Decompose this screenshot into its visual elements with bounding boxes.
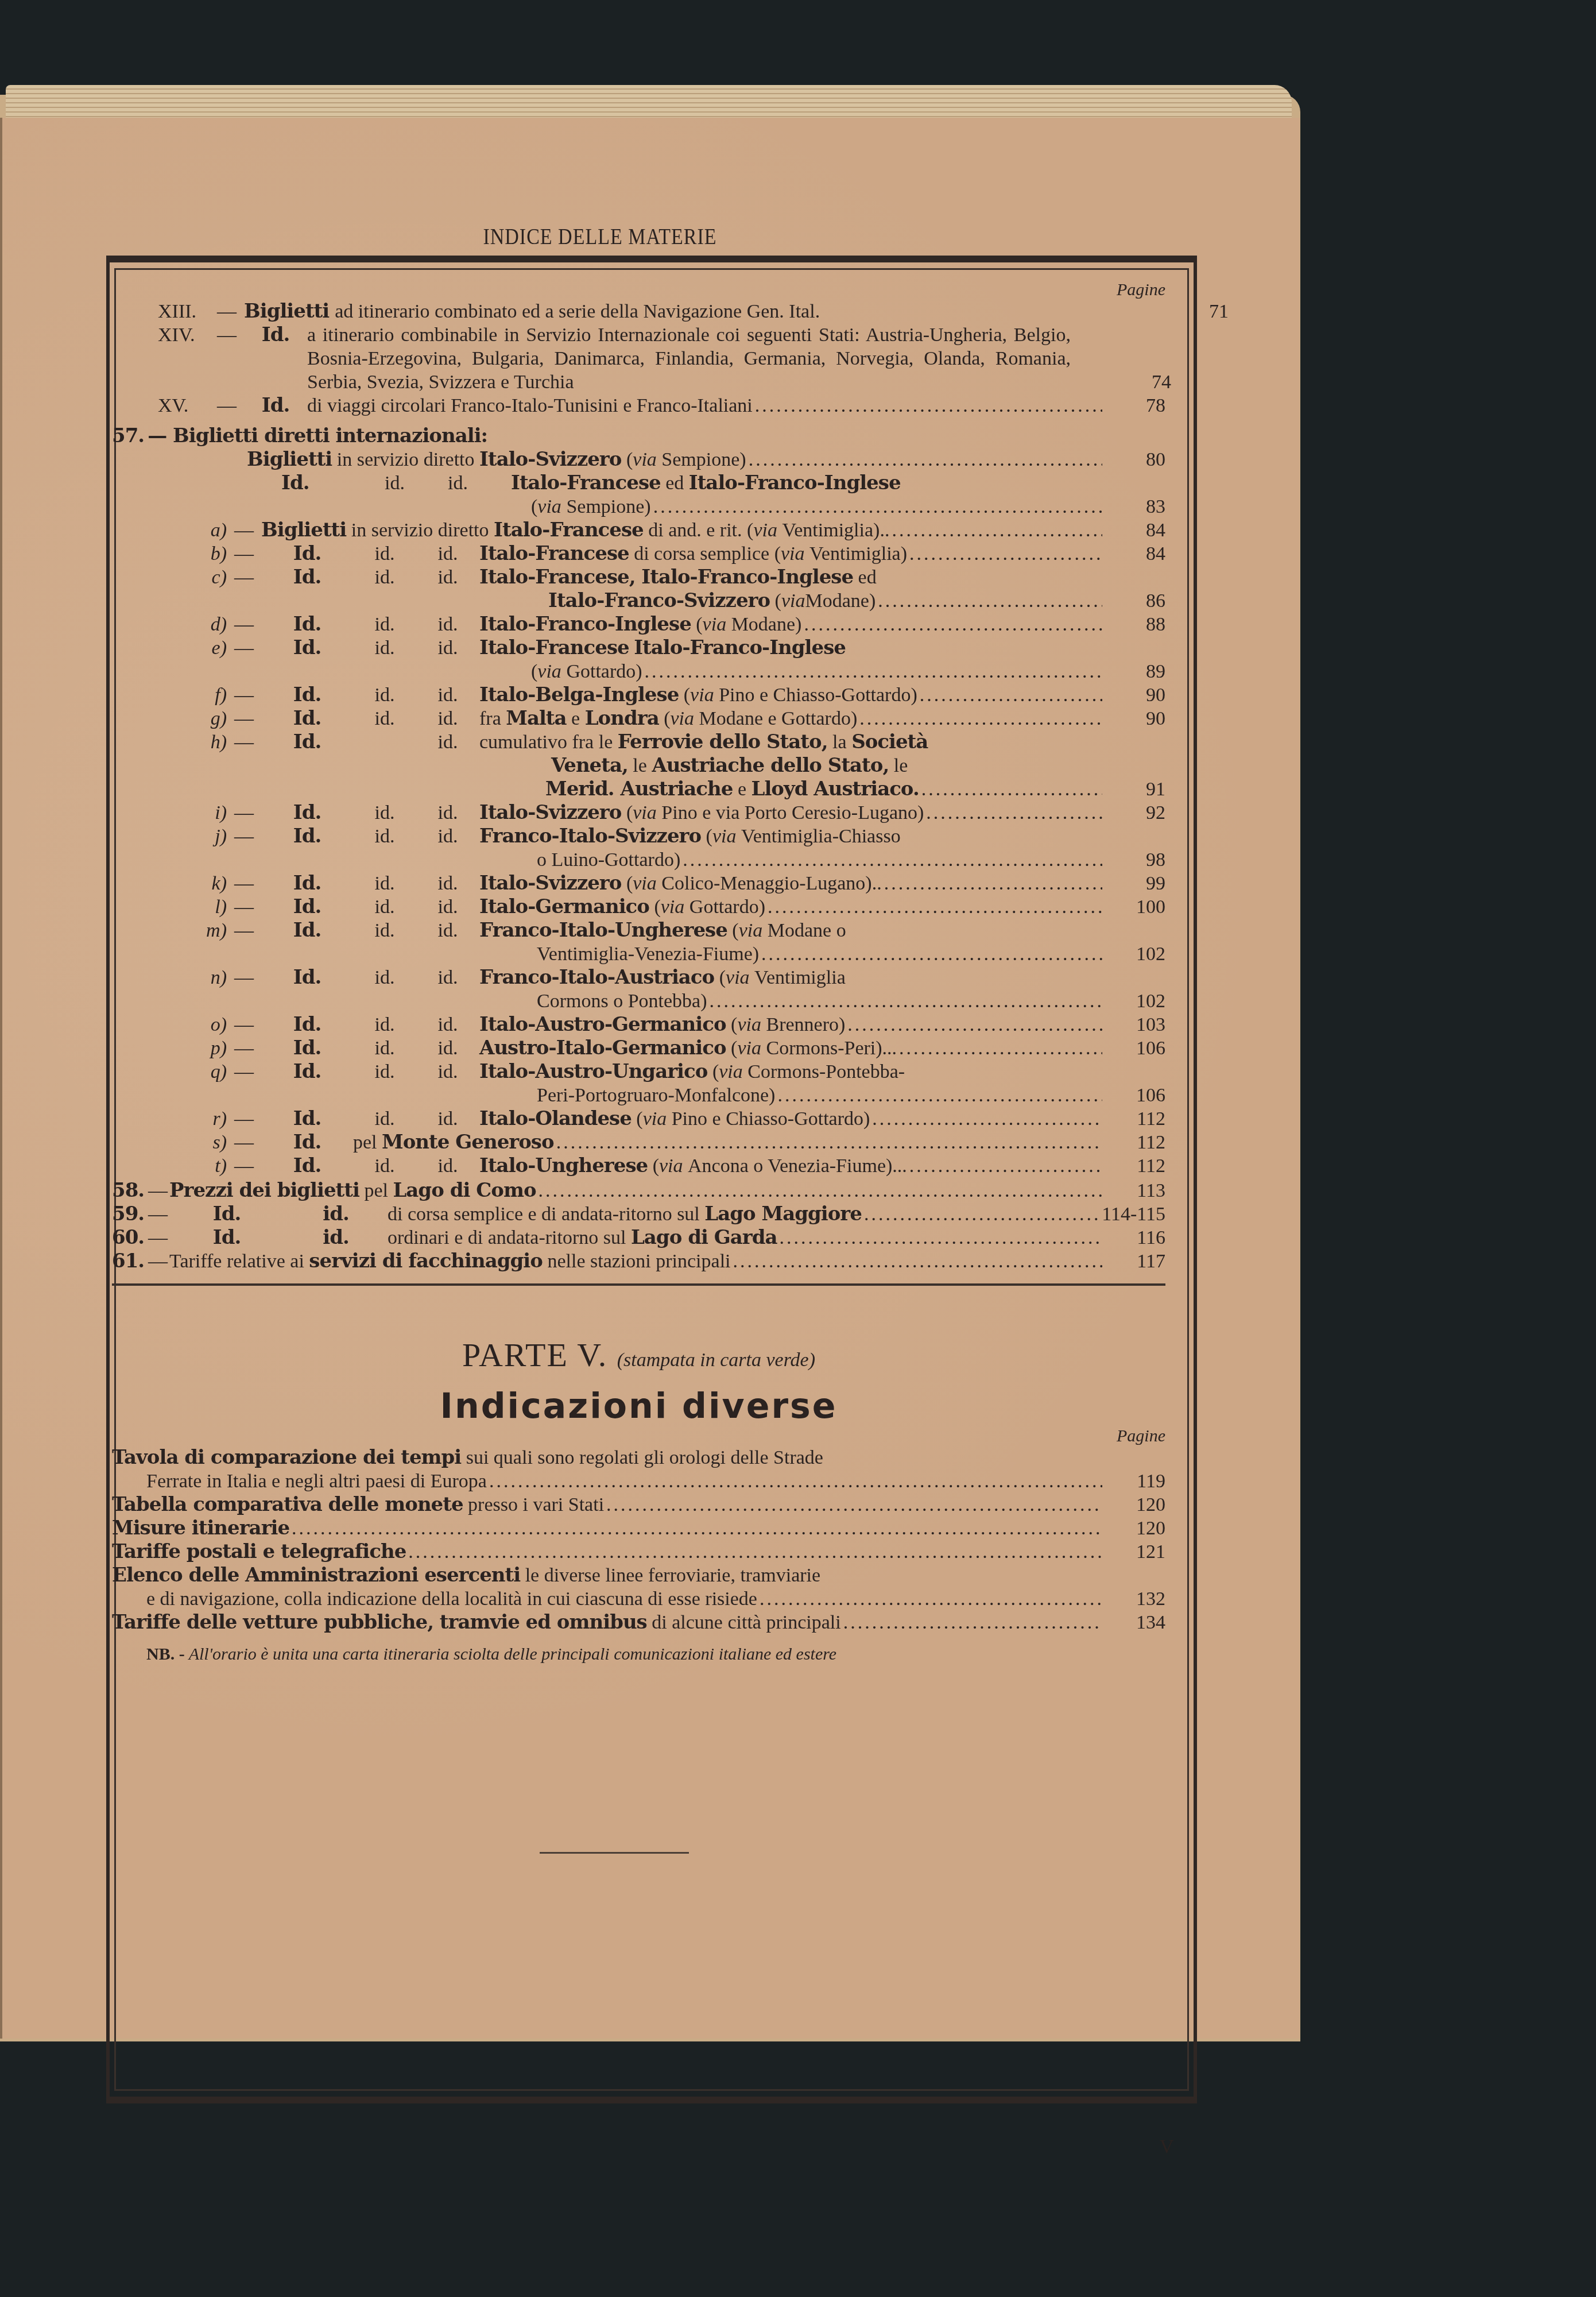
entry-page: 98	[1102, 848, 1165, 872]
entry-page: 113	[1102, 1179, 1165, 1202]
entry-id: id.	[448, 471, 511, 495]
entry-page: 90	[1102, 707, 1165, 730]
entry-letter: g)	[204, 707, 227, 730]
entry-text: di corsa semplice e di andata-ritorno su…	[388, 1202, 700, 1226]
entry-title: Elenco delle Amministrazioni esercenti	[112, 1564, 520, 1587]
entry-lead: Id.	[261, 1107, 353, 1131]
entry-route: o Luino-Gottardo)	[537, 848, 680, 872]
entry-text: nelle stazioni principali	[547, 1250, 730, 1273]
entry-text: ordinari e di andata-ritorno sul	[388, 1226, 626, 1250]
entry-route-name: Italo-Svizzero	[479, 448, 621, 471]
part-subtitle: (stampata in carta verde)	[617, 1349, 815, 1371]
toc-entry-57-k[interactable]: k)—Id.id.id.Italo-Svizzero (via Colico-M…	[112, 872, 1165, 895]
toc-entry-continuation[interactable]: Cormons o Pontebba)102	[112, 989, 1165, 1013]
leader-dots	[733, 1250, 1102, 1273]
entry-dash: —	[227, 919, 261, 942]
entry-letter: d)	[204, 613, 227, 636]
entry-route: Peri-Portogruaro-Monfalcone)	[537, 1084, 775, 1107]
via-label: via	[643, 1107, 667, 1131]
leader-dots	[755, 394, 1102, 417]
entry-page: 83	[1102, 495, 1165, 519]
toc-entry-continuation[interactable]: (via Gottardo)89	[112, 660, 1165, 683]
entry-page: 119	[1102, 1470, 1165, 1493]
via-label: via	[753, 519, 777, 542]
entry-text: Ferrate in Italia e negli altri paesi di…	[146, 1470, 487, 1493]
entry-route: Ancona o Venezia-Fiume)...	[688, 1154, 907, 1178]
toc-entry-continuation[interactable]: o Luino-Gottardo)98	[112, 848, 1165, 872]
entry-lead: Id.	[261, 895, 353, 919]
entry-letter: q)	[204, 1060, 227, 1084]
entry-id: id.	[416, 1060, 479, 1084]
entry-page: 103	[1102, 1013, 1165, 1037]
entry-page: 89	[1102, 660, 1165, 683]
leader-dots	[859, 707, 1102, 730]
entry-lead: Id.	[261, 683, 353, 707]
via-label: via	[719, 1060, 743, 1084]
leader-dots	[920, 683, 1102, 707]
entry-id: id.	[416, 613, 479, 636]
toc-entry-57-e[interactable]: e)—Id.id.id.Italo-Francese Italo-Franco-…	[112, 636, 1165, 660]
entry-letter: l)	[204, 895, 227, 919]
entry-text: fra	[479, 707, 501, 730]
entry-id: id.	[353, 801, 416, 825]
entry-lead: Id.	[261, 801, 353, 825]
entry-route-name: Ferrovie dello Stato,	[618, 730, 828, 754]
entry-letter: t)	[204, 1154, 227, 1178]
entry-route: Ventimiglia)	[809, 542, 907, 566]
entry-lead: Id.	[261, 566, 353, 589]
leader-dots	[539, 1179, 1102, 1202]
note-label: NB. -	[146, 1645, 185, 1664]
entry-lead: Id.	[261, 707, 353, 730]
leader-dots	[847, 1013, 1102, 1037]
leader-dots	[926, 801, 1102, 825]
entry-title: Tabella comparativa delle monete	[112, 1493, 463, 1517]
entry-text: cumulativo fra le	[479, 730, 613, 754]
entry-page: 102	[1102, 942, 1165, 966]
via-label: via	[712, 825, 737, 848]
footnote: NB. - All'orario è unita una carta itine…	[112, 1642, 1165, 1666]
part-title: PARTE V.	[462, 1336, 607, 1374]
via-label: via	[703, 613, 727, 636]
part-v-entry[interactable]: Misure itinerarie120	[112, 1517, 1165, 1540]
toc-entry-57-intro-2-cont[interactable]: (via Sempione) 83	[112, 495, 1165, 519]
entry-page: 99	[1102, 872, 1165, 895]
toc-entry-57-intro-1[interactable]: Biglietti in servizio diretto Italo-Sviz…	[112, 448, 1165, 471]
part-v-entries: Tavola di comparazione dei tempi sui qua…	[112, 1446, 1165, 1634]
leader-dots	[408, 1540, 1102, 1564]
entry-page: 100	[1102, 895, 1165, 919]
pages-label: Pagine	[112, 278, 1165, 300]
entry-route-name: Austro-Italo-Germanico	[479, 1037, 726, 1060]
section-number: 60.	[112, 1226, 146, 1250]
entry-lead: Id.	[281, 471, 385, 495]
entry-route: Sempione)	[661, 448, 746, 471]
entry-text: di viaggi circolari Franco-Italo-Tunisin…	[307, 394, 753, 417]
entry-lead: Id.	[261, 613, 353, 636]
leader-dots	[710, 989, 1102, 1013]
leader-dots	[909, 1154, 1102, 1178]
via-label: via	[659, 1154, 683, 1178]
section-number: 61.	[112, 1250, 146, 1273]
toc-entry-57-r[interactable]: r)—Id.id.id.Italo-Olandese (via Pino e C…	[112, 1107, 1165, 1131]
entry-lead: Id.	[244, 394, 307, 417]
leader-dots	[760, 1587, 1102, 1611]
entry-dash: —	[227, 1154, 261, 1178]
toc-entry-57-i[interactable]: i)—Id.id.id.Italo-Svizzero (via Pino e v…	[112, 801, 1165, 825]
toc-entry-57-p[interactable]: p)—Id.id.id.Austro-Italo-Germanico (via …	[112, 1037, 1165, 1060]
entry-id: id.	[353, 613, 416, 636]
entry-route-name: Italo-Francese	[511, 471, 661, 495]
entry-lead: Id.	[169, 1202, 284, 1226]
entry-letter: m)	[204, 919, 227, 942]
leader-dots	[768, 895, 1102, 919]
entry-title: servizi di facchinaggio	[309, 1250, 543, 1273]
entry-route: Gottardo)	[566, 660, 642, 683]
entry-route-name: Italo-Ungherese	[479, 1154, 648, 1178]
entry-text: in servizio diretto	[351, 519, 489, 542]
entry-route: Cormons-Peri)...	[766, 1037, 897, 1060]
toc-section-60[interactable]: 60.—Id.id.ordinari e di andata-ritorno s…	[112, 1226, 1165, 1250]
entry-route: Modane)	[731, 613, 802, 636]
part-v-entry[interactable]: Elenco delle Amministrazioni esercenti l…	[112, 1564, 1165, 1587]
entry-dash: —	[227, 801, 261, 825]
entry-id: id.	[416, 1154, 479, 1178]
entry-letter: b)	[204, 542, 227, 566]
entry-id: id.	[353, 1060, 416, 1084]
toc-entry-xiii[interactable]: XIII. — Biglietti ad itinerario combinat…	[112, 300, 1165, 323]
section-number: 57.	[112, 424, 144, 448]
entry-id: id.	[284, 1202, 388, 1226]
entry-dash: —	[227, 1013, 261, 1037]
entry-route-name: Italo-Francese, Italo-Franco-Inglese	[479, 566, 853, 589]
entry-text: pel	[353, 1131, 377, 1154]
end-rule	[540, 1852, 689, 1854]
toc-section-61[interactable]: 61.—Tariffe relative ai servizi di facch…	[112, 1250, 1165, 1273]
pages-label: Pagine	[112, 1424, 1165, 1446]
entry-route: Cormons-Pontebba-	[747, 1060, 905, 1084]
entry-id: id.	[416, 966, 479, 989]
entry-title: Tariffe postali e telegrafiche	[112, 1540, 406, 1564]
leader-dots	[749, 448, 1102, 471]
entry-route: Brennero)	[766, 1013, 845, 1037]
entry-id: id.	[353, 542, 416, 566]
entry-lead: Id.	[261, 542, 353, 566]
entry-text: in servizio diretto	[337, 448, 475, 471]
part-v-entry-continuation[interactable]: Ferrate in Italia e negli altri paesi di…	[112, 1470, 1165, 1493]
entry-lead: Id.	[244, 323, 307, 347]
entry-text: le	[894, 754, 908, 778]
entry-text: di corsa semplice (	[634, 542, 781, 566]
leader-dots	[292, 1517, 1102, 1540]
via-label: via	[671, 707, 695, 730]
entry-page: 92	[1102, 801, 1165, 825]
entry-letter: n)	[204, 966, 227, 989]
toc-entry-continuation[interactable]: Veneta, le Austriache dello Stato, le	[112, 754, 1165, 778]
leader-dots	[899, 1037, 1102, 1060]
entry-text: di alcune città principali	[652, 1611, 840, 1634]
entry-title: Lago di Garda	[631, 1226, 777, 1250]
leader-dots	[843, 1611, 1102, 1634]
entry-id: id.	[416, 1037, 479, 1060]
entry-lead: Id.	[261, 1013, 353, 1037]
toc-entry-57-q[interactable]: q)—Id.id.id.Italo-Austro-Ungarico (via C…	[112, 1060, 1165, 1084]
leader-dots	[892, 519, 1102, 542]
page-folio: V	[1160, 2136, 1174, 2158]
via-label: via	[690, 683, 714, 707]
entry-lead: Id.	[261, 872, 353, 895]
entry-route: Modane e Gottardo)	[699, 707, 858, 730]
part-v-entry-continuation[interactable]: e di navigazione, colla indicazione dell…	[112, 1587, 1165, 1611]
entry-text: pel	[364, 1179, 388, 1202]
entry-page: 78	[1102, 394, 1165, 417]
entry-id: id.	[353, 825, 416, 848]
entry-letter: k)	[204, 872, 227, 895]
leader-dots	[864, 1202, 1102, 1226]
sections-58-61: 58.—Prezzi dei biglietti pel Lago di Com…	[112, 1179, 1165, 1273]
entry-page: 74	[1152, 370, 1171, 394]
toc-entry-57-n[interactable]: n)—Id.id.id.Franco-Italo-Austriaco (via …	[112, 966, 1165, 989]
entry-letter: i)	[204, 801, 227, 825]
note-text: All'orario è unita una carta itineraria …	[189, 1645, 837, 1664]
entry-route-name: Merid. Austriache	[545, 778, 733, 801]
entry-route-name: Austriache dello Stato,	[652, 754, 889, 778]
entry-title: Lago Maggiore	[704, 1202, 862, 1226]
entry-route-name: Italo-Franco-Svizzero	[548, 589, 770, 613]
via-label: via	[726, 966, 750, 989]
via-label: via	[633, 801, 657, 825]
entry-page: 116	[1102, 1226, 1165, 1250]
entry-letter: j)	[204, 825, 227, 848]
entry-page: 84	[1102, 542, 1165, 566]
toc-entry-57-m[interactable]: m)—Id.id.id.Franco-Italo-Ungherese (via …	[112, 919, 1165, 942]
leader-dots	[804, 613, 1102, 636]
entry-page: 120	[1102, 1493, 1165, 1517]
toc-entry-57-intro-2[interactable]: Id. id. id. Italo-Francese ed Italo-Fran…	[112, 471, 1165, 495]
entry-letter: h)	[204, 730, 227, 754]
entry-title: Tariffe delle vetture pubbliche, tramvie…	[112, 1611, 647, 1634]
entry-id: id.	[416, 707, 479, 730]
entry-text: e	[738, 778, 746, 801]
entry-dash: —	[227, 542, 261, 566]
toc-entry-57-j[interactable]: j)—Id.id.id.Franco-Italo-Svizzero (via V…	[112, 825, 1165, 848]
entry-text: di and. e rit.	[648, 519, 742, 542]
entry-letter: s)	[204, 1131, 227, 1154]
entry-route: Pino e Chiasso-Gottardo)	[719, 683, 917, 707]
entry-dash: —	[227, 707, 261, 730]
entry-page: 80	[1102, 448, 1165, 471]
entry-dash: —	[227, 1131, 261, 1154]
entry-dash: —	[227, 683, 261, 707]
entry-text: e	[571, 707, 580, 730]
toc-entry-xv[interactable]: XV. — Id. di viaggi circolari Franco-Ita…	[112, 394, 1165, 417]
toc-entry-57-s[interactable]: s)—Id.pel Monte Generoso112	[112, 1131, 1165, 1154]
toc-entry-57-c[interactable]: c)—Id.id.id.Italo-Francese, Italo-Franco…	[112, 566, 1165, 589]
entry-id: id.	[416, 730, 479, 754]
entry-id: id.	[416, 1107, 479, 1131]
entry-id: id.	[416, 801, 479, 825]
section-divider	[112, 1283, 1165, 1286]
leader-dots	[921, 778, 1102, 801]
leader-dots	[884, 872, 1102, 895]
entry-page: 134	[1102, 1611, 1165, 1634]
entry-id: id.	[416, 1013, 479, 1037]
entry-dash: —	[210, 323, 244, 347]
entry-letter: c)	[204, 566, 227, 589]
entry-route: Ventimiglia-Chiasso	[741, 825, 901, 848]
leader-dots	[779, 1226, 1102, 1250]
entry-text: la	[832, 730, 847, 754]
entry-id: id.	[284, 1226, 388, 1250]
section-57-heading[interactable]: 57. — Biglietti diretti internazionali:	[112, 424, 1165, 448]
entry-page: 106	[1102, 1037, 1165, 1060]
leader-dots	[606, 1493, 1102, 1517]
part-v-entry[interactable]: Tavola di comparazione dei tempi sui qua…	[112, 1446, 1165, 1470]
entry-lead: Biglietti	[244, 300, 329, 323]
toc-entry-57-o[interactable]: o)—Id.id.id.Italo-Austro-Germanico (via …	[112, 1013, 1165, 1037]
toc-entry-57-f[interactable]: f)—Id.id.id.Italo-Belga-Inglese (via Pin…	[112, 683, 1165, 707]
toc-entry-continuation[interactable]: Italo-Franco-Svizzero (viaModane)86	[112, 589, 1165, 613]
entry-id: id.	[416, 872, 479, 895]
entry-letter: f)	[204, 683, 227, 707]
entry-letter: a)	[204, 519, 227, 542]
entry-id: id.	[416, 825, 479, 848]
toc-entry-57-h[interactable]: h)—Id.id.cumulativo fra le Ferrovie dell…	[112, 730, 1165, 754]
entry-id: id.	[416, 636, 479, 660]
toc-entry-57-g[interactable]: g)—Id.id.id.fra Malta e Londra (via Moda…	[112, 707, 1165, 730]
entry-lead: Id.	[261, 966, 353, 989]
leader-dots	[878, 589, 1102, 613]
leader-dots	[872, 1107, 1102, 1131]
entry-dash: —	[227, 519, 261, 542]
entry-id: id.	[353, 1013, 416, 1037]
entry-id: id.	[353, 1107, 416, 1131]
toc-entry-continuation[interactable]: Merid. Austriache e Lloyd Austriaco.91	[112, 778, 1165, 801]
toc-entry-57-d[interactable]: d)—Id.id.id.Italo-Franco-Inglese (via Mo…	[112, 613, 1165, 636]
toc-entry-57-a[interactable]: a)—Biglietti in servizio diretto Italo-F…	[112, 519, 1165, 542]
toc-entry-57-b[interactable]: b)—Id.id.id.Italo-Francese di corsa semp…	[112, 542, 1165, 566]
part-v-heading: Indicazioni diverse	[112, 1395, 1165, 1418]
entry-dash: —	[210, 300, 244, 323]
entry-route-name: Londra	[585, 707, 659, 730]
entry-route-name: Italo-Francese	[479, 542, 629, 566]
entry-letter: o)	[204, 1013, 227, 1037]
leader-dots	[489, 1470, 1102, 1493]
entry-route-name: Italo-Austro-Ungarico	[479, 1060, 707, 1084]
entry-route: Colico-Menaggio-Lugano)..	[661, 872, 881, 895]
entry-title: Tavola di comparazione dei tempi	[112, 1446, 461, 1470]
entry-route: Ventimiglia)..	[782, 519, 889, 542]
entry-title: Misure itinerarie	[112, 1517, 289, 1540]
entry-page: 106	[1102, 1084, 1165, 1107]
toc-entry-continuation[interactable]: Ventimiglia-Venezia-Fiume)102	[112, 942, 1165, 966]
toc-entry-continuation[interactable]: Peri-Portogruaro-Monfalcone)106	[112, 1084, 1165, 1107]
entry-id: id.	[353, 919, 416, 942]
toc-content: Pagine XIII. — Biglietti ad itinerario c…	[112, 276, 1165, 1666]
via-label: via	[737, 1013, 761, 1037]
toc-entry-57-t[interactable]: t)—Id.id.id.Italo-Ungherese (via Ancona …	[112, 1154, 1165, 1178]
entry-route-name: Italo-Franco-Inglese	[479, 613, 691, 636]
entry-letter: r)	[204, 1107, 227, 1131]
leader-dots	[909, 542, 1102, 566]
section-number: 58.	[112, 1179, 146, 1202]
entry-route-name: Franco-Italo-Ungherese	[479, 919, 727, 942]
entry-lead: Id.	[169, 1226, 284, 1250]
entry-id: id.	[353, 707, 416, 730]
entry-route-name: Italo-Svizzero	[479, 872, 621, 895]
entry-roman: XIII.	[158, 300, 210, 323]
entry-page: 112	[1102, 1154, 1165, 1178]
entry-page: 88	[1102, 613, 1165, 636]
entry-lead: Id.	[261, 636, 353, 660]
toc-section-58[interactable]: 58.—Prezzi dei biglietti pel Lago di Com…	[112, 1179, 1165, 1202]
part-v-entry[interactable]: Tabella comparativa delle monete presso …	[112, 1493, 1165, 1517]
entry-dash: —	[227, 1107, 261, 1131]
entry-dash: —	[210, 394, 244, 417]
entry-page: 112	[1102, 1131, 1165, 1154]
entry-dash: —	[227, 895, 261, 919]
entry-lead: Biglietti	[261, 519, 346, 542]
entry-text: a itinerario combinabile in Servizio Int…	[307, 323, 1071, 394]
entry-id: id.	[353, 872, 416, 895]
entry-page: 114-115	[1102, 1202, 1165, 1226]
entry-roman: XV.	[158, 394, 210, 417]
entry-route-name: Società	[851, 730, 928, 754]
section-57-items: a)—Biglietti in servizio diretto Italo-F…	[112, 519, 1165, 1178]
entry-text: le diverse linee ferroviarie, tramviarie	[525, 1564, 820, 1587]
toc-section-59[interactable]: 59.—Id.id.di corsa semplice e di andata-…	[112, 1202, 1165, 1226]
entry-page: 121	[1102, 1540, 1165, 1564]
entry-id: id.	[353, 1154, 416, 1178]
entry-id: id.	[385, 471, 448, 495]
entry-text: le	[633, 754, 647, 778]
entry-route-name: Veneta,	[551, 754, 628, 778]
entry-id: id.	[416, 566, 479, 589]
entry-route-name: Italo-Franco-Inglese	[689, 471, 901, 495]
entry-id: id.	[353, 966, 416, 989]
toc-entry-57-l[interactable]: l)—Id.id.id.Italo-Germanico (via Gottard…	[112, 895, 1165, 919]
entry-route-name: Italo-Franco-Inglese	[634, 636, 846, 660]
entry-page: 91	[1102, 778, 1165, 801]
via-label: via	[781, 589, 805, 613]
leader-dots	[645, 660, 1102, 683]
via-label: via	[633, 872, 657, 895]
entry-dash: —	[146, 1179, 169, 1202]
entry-id: id.	[416, 542, 479, 566]
entry-route-name: Malta	[506, 707, 566, 730]
entry-text: ed	[858, 566, 877, 589]
entry-dash: —	[227, 872, 261, 895]
part-v-entry[interactable]: Tariffe delle vetture pubbliche, tramvie…	[112, 1611, 1165, 1634]
entry-route-name: Franco-Italo-Austriaco	[479, 966, 714, 989]
entry-route-name: Italo-Olandese	[479, 1107, 632, 1131]
entry-route: Pino e via Porto Ceresio-Lugano)	[661, 801, 924, 825]
entry-page: 71	[1209, 300, 1229, 323]
entry-route: Ventimiglia	[754, 966, 846, 989]
entry-dash: —	[146, 1250, 169, 1273]
entry-text: ad itinerario combinato ed a serie della…	[335, 300, 820, 323]
entry-lead: Id.	[261, 1154, 353, 1178]
entry-id: id.	[416, 919, 479, 942]
entry-lead: Id.	[261, 1131, 353, 1154]
part-v-entry[interactable]: Tariffe postali e telegrafiche121	[112, 1540, 1165, 1564]
entry-lead: Id.	[261, 730, 353, 754]
toc-entry-xiv[interactable]: XIV. — Id. a itinerario combinabile in S…	[112, 323, 1165, 394]
entry-lead: Id.	[261, 1037, 353, 1060]
entry-page: 132	[1102, 1587, 1165, 1611]
entry-lead: Id.	[261, 825, 353, 848]
entry-id: id.	[353, 566, 416, 589]
